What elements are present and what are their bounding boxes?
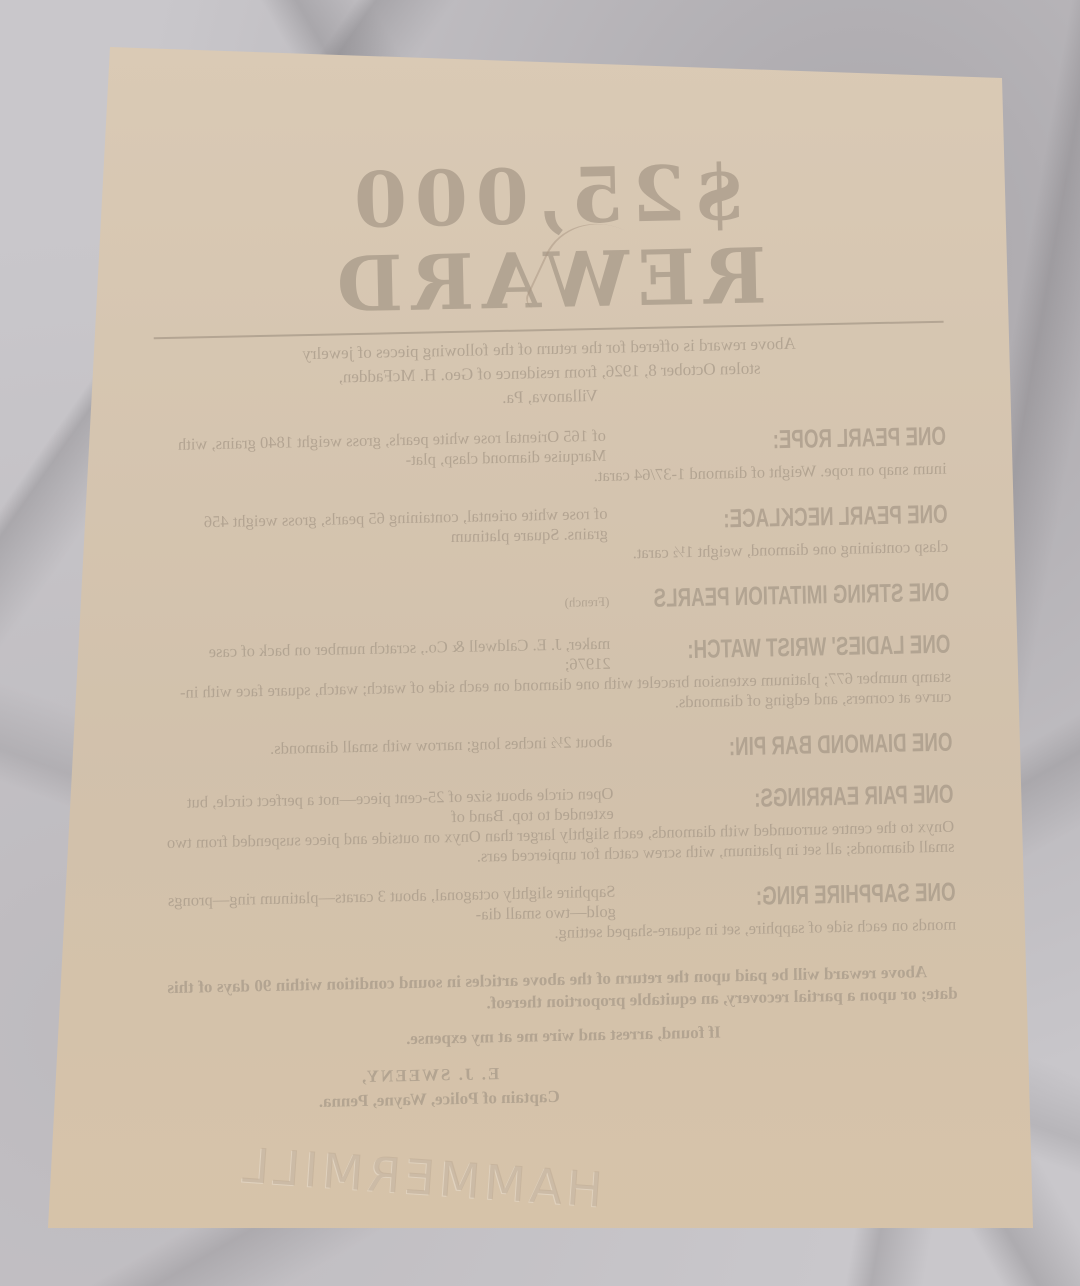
item-name: ONE DIAMOND BAR PIN: (707, 725, 952, 764)
item-description: (French) (564, 582, 609, 617)
item-name: ONE PAIR EARRINGS: (708, 777, 954, 822)
notice-intro: Above reward is offered for the return o… (154, 329, 945, 418)
jewelry-item: ONE PEARL NECKLACE:of rose white orienta… (157, 497, 948, 574)
closing-paragraph: Above reward will be paid upon the retur… (167, 961, 958, 1022)
jewelry-item: ONE SAPPHIRE RING:Sapphire slightly octa… (165, 875, 956, 952)
arrest-instruction: If found, arrest and wire me at my expen… (168, 1017, 958, 1056)
item-name: ONE LADIES' WRIST WATCH: (705, 627, 951, 672)
item-name: ONE PEARL ROPE: (701, 419, 947, 464)
jewelry-item: ONE PAIR EARRINGS:Open circle about size… (163, 777, 955, 874)
signature-block: E. J. SWEENY, Captain of Police, Wayne, … (169, 1061, 560, 1117)
jewelry-item: ONE PEARL ROPE:of 165 Oriental rose whit… (156, 419, 947, 496)
jewelry-item: ONE DIAMOND BAR PIN:about 2½ inches long… (162, 725, 953, 776)
item-name: ONE SAPPHIRE RING: (710, 875, 956, 920)
item-name: ONE STRING IMITATION PEARLS (704, 575, 949, 614)
jewelry-item: ONE LADIES' WRIST WATCH:maker, J. E. Cal… (160, 627, 952, 724)
item-description: about 2½ inches long; narrow with small … (270, 732, 613, 773)
item-name: ONE PEARL NECKLACE: (702, 497, 948, 542)
jewelry-item: ONE STRING IMITATION PEARLS(French) (159, 575, 950, 626)
jewelry-item-list: ONE PEARL ROPE:of 165 Oriental rose whit… (156, 419, 957, 951)
